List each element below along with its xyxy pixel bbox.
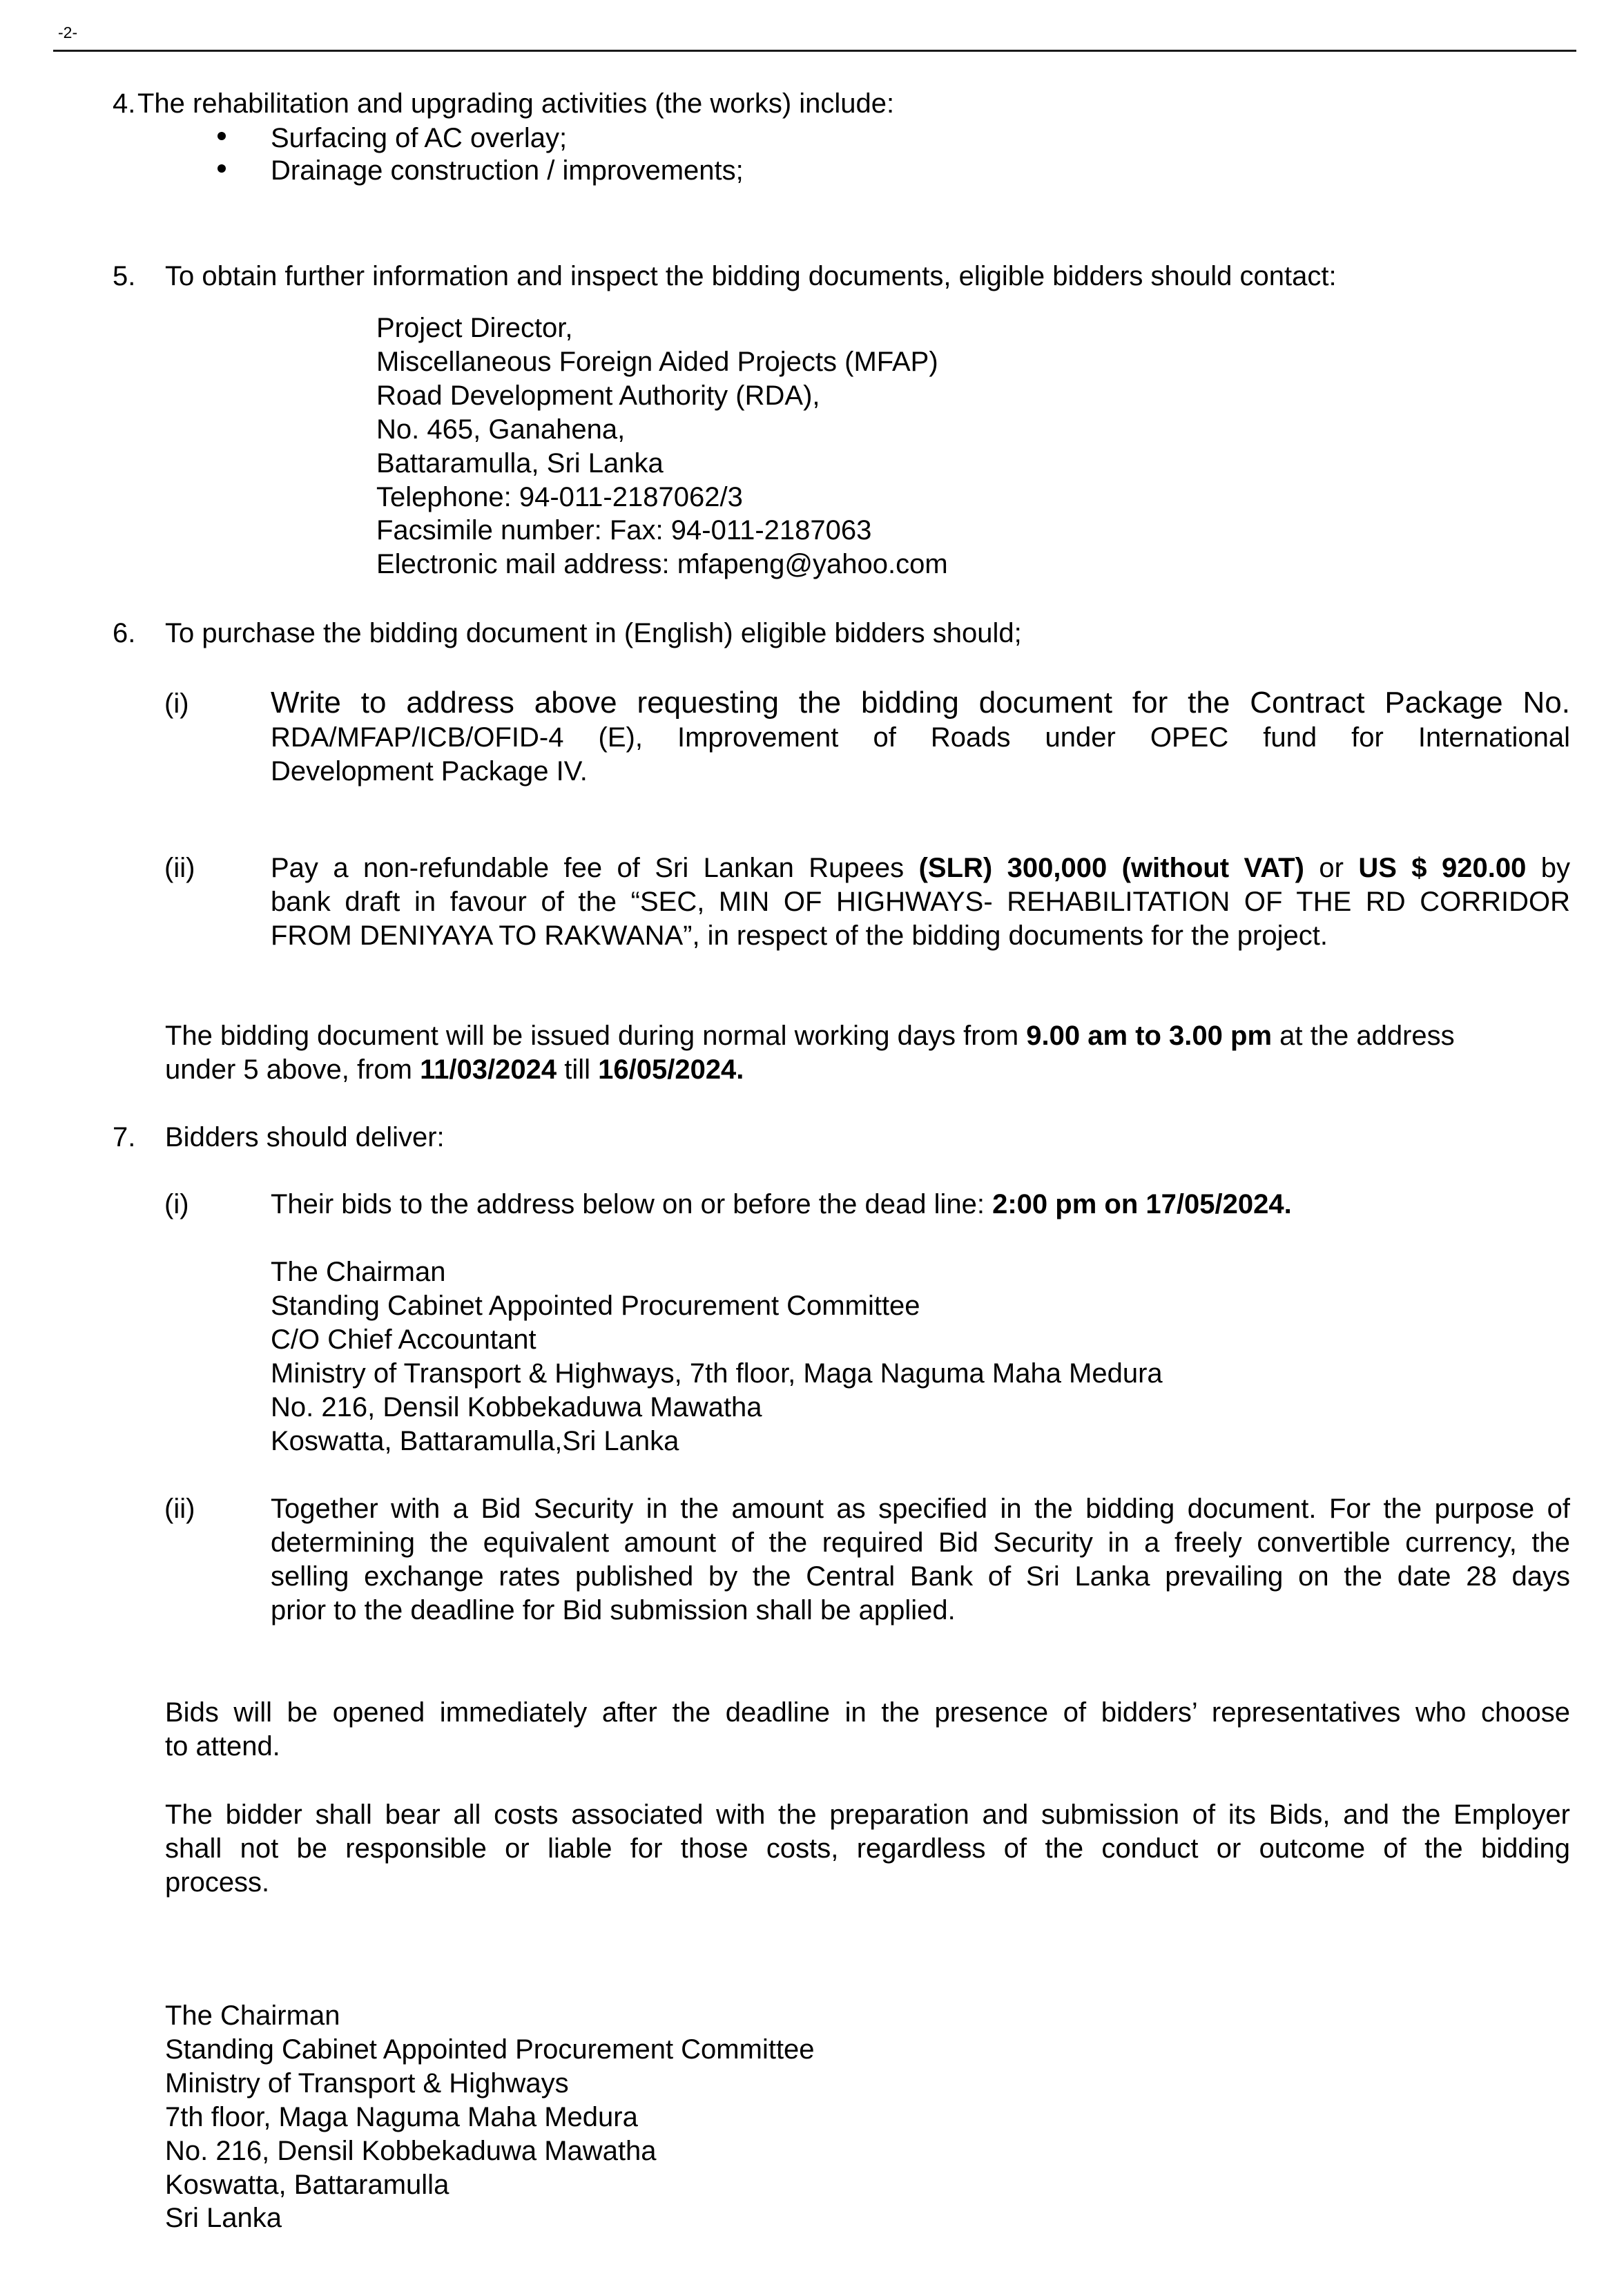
text-run: till [557, 1054, 598, 1085]
signature-line: Koswatta, Battaramulla [165, 2169, 449, 2201]
sub-item-label: (ii) [164, 1493, 195, 1525]
bold-text: (SLR) 300,000 (without VAT) [919, 853, 1304, 883]
signature-line: Sri Lanka [165, 2202, 282, 2234]
text-run: determining the equivalent amount of the… [271, 1527, 1570, 1558]
sub-item-label: (ii) [164, 852, 195, 884]
text-run: selling exchange rates published by the … [271, 1561, 1570, 1592]
text-run: at the address [1272, 1021, 1455, 1051]
bold-text: 16/05/2024. [598, 1054, 744, 1085]
text-run: by [1526, 853, 1570, 883]
signature-line: No. 216, Densil Kobbekaduwa Mawatha [165, 2135, 657, 2167]
text-run: Write to address above requesting the bi… [271, 686, 1570, 720]
list-item: Drainage construction / improvements; [271, 155, 744, 186]
address-line: Koswatta, Battaramulla,Sri Lanka [271, 1425, 679, 1457]
paragraph-line: under 5 above, from 11/03/2024 till 16/0… [165, 1054, 744, 1086]
paragraph-line: to attend. [165, 1730, 280, 1762]
page-number: -2- [58, 23, 77, 42]
paragraph-line: determining the equivalent amount of the… [271, 1527, 1570, 1559]
text-run: Bids will be opened immediately after th… [165, 1697, 1570, 1728]
item-7-intro: Bidders should deliver: [165, 1121, 445, 1153]
paragraph-line: RDA/MFAP/ICB/OFID-4 (E), Improvement of … [271, 722, 1570, 753]
contact-line: Telephone: 94-011-2187062/3 [376, 481, 743, 513]
paragraph-line: Development Package IV. [271, 755, 588, 787]
paragraph-line: process. [165, 1866, 269, 1898]
contact-line: Battaramulla, Sri Lanka [376, 447, 664, 479]
text-run: under 5 above, from [165, 1054, 420, 1085]
text-run: to attend. [165, 1731, 280, 1762]
text-run: Their bids to the address below on or be… [271, 1189, 992, 1219]
bold-text: 11/03/2024 [420, 1054, 557, 1085]
item-number: 6. [113, 617, 135, 649]
bold-text: US $ 920.00 [1358, 853, 1526, 883]
item-number: 5. [113, 260, 135, 292]
paragraph-line: Their bids to the address below on or be… [271, 1188, 1292, 1220]
item-number: 4. [113, 88, 135, 119]
bold-text: 2:00 pm on 17/05/2024. [992, 1189, 1292, 1219]
contact-line: Miscellaneous Foreign Aided Projects (MF… [376, 346, 938, 378]
text-run: shall not be responsible or liable for t… [165, 1833, 1570, 1864]
list-item: Surfacing of AC overlay; [271, 122, 567, 154]
paragraph-line: selling exchange rates published by the … [271, 1561, 1570, 1592]
text-run: FROM DENIYAYA TO RAKWANA”, in respect of… [271, 920, 1328, 951]
sub-item-label: (i) [164, 688, 189, 720]
signature-line: 7th floor, Maga Naguma Maha Medura [165, 2101, 638, 2133]
address-line: Standing Cabinet Appointed Procurement C… [271, 1290, 920, 1322]
paragraph-line: bank draft in favour of the “SEC, MIN OF… [271, 886, 1570, 918]
bold-text: 9.00 am to 3.00 pm [1026, 1021, 1272, 1051]
text-run: The bidding document will be issued duri… [165, 1021, 1026, 1051]
contact-line: No. 465, Ganahena, [376, 414, 625, 445]
paragraph-line: FROM DENIYAYA TO RAKWANA”, in respect of… [271, 920, 1328, 952]
paragraph-line: Bids will be opened immediately after th… [165, 1697, 1570, 1728]
bullet-icon [217, 132, 226, 140]
signature-line: Standing Cabinet Appointed Procurement C… [165, 2034, 815, 2065]
contact-line: Facsimile number: Fax: 94-011-2187063 [376, 514, 871, 546]
item-4-intro: The rehabilitation and upgrading activit… [137, 88, 894, 119]
address-line: No. 216, Densil Kobbekaduwa Mawatha [271, 1391, 762, 1423]
text-run: or [1304, 853, 1358, 883]
bullet-icon [217, 164, 226, 173]
item-5-intro: To obtain further information and inspec… [165, 260, 1337, 292]
text-run: prior to the deadline for Bid submission… [271, 1595, 956, 1625]
header-rule [53, 50, 1576, 52]
document-page: -2- 4. The rehabilitation and upgrading … [0, 0, 1615, 2296]
text-run: The bidder shall bear all costs associat… [165, 1800, 1570, 1830]
address-line: C/O Chief Accountant [271, 1324, 536, 1356]
text-run: process. [165, 1867, 269, 1898]
paragraph-line: The bidding document will be issued duri… [165, 1020, 1455, 1052]
address-line: Ministry of Transport & Highways, 7th fl… [271, 1358, 1163, 1389]
text-run: bank draft in favour of the “SEC, MIN OF… [271, 887, 1570, 917]
signature-line: Ministry of Transport & Highways [165, 2067, 569, 2099]
text-run: RDA/MFAP/ICB/OFID-4 (E), Improvement of … [271, 722, 1570, 753]
contact-line: Project Director, [376, 312, 573, 344]
signature-line: The Chairman [165, 2000, 340, 2032]
paragraph-line: Write to address above requesting the bi… [271, 686, 1570, 720]
item-number: 7. [113, 1121, 135, 1153]
paragraph-line: shall not be responsible or liable for t… [165, 1833, 1570, 1864]
text-run: Together with a Bid Security in the amou… [271, 1494, 1570, 1524]
paragraph-line: Together with a Bid Security in the amou… [271, 1493, 1570, 1525]
address-line: The Chairman [271, 1256, 445, 1288]
sub-item-label: (i) [164, 1188, 189, 1220]
paragraph-line: Pay a non-refundable fee of Sri Lankan R… [271, 852, 1570, 884]
contact-line: Road Development Authority (RDA), [376, 380, 820, 412]
item-6-intro: To purchase the bidding document in (Eng… [165, 617, 1022, 649]
text-run: Development Package IV. [271, 756, 588, 787]
text-run: Pay a non-refundable fee of Sri Lankan R… [271, 853, 919, 883]
paragraph-line: prior to the deadline for Bid submission… [271, 1594, 956, 1626]
paragraph-line: The bidder shall bear all costs associat… [165, 1799, 1570, 1831]
contact-line: Electronic mail address: mfapeng@yahoo.c… [376, 548, 948, 580]
